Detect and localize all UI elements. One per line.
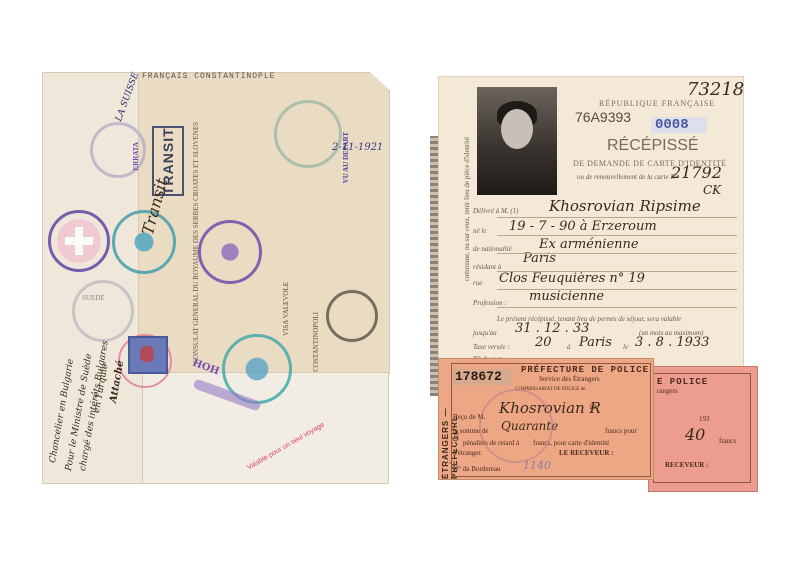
tax-value: 20 [535,335,552,350]
field-label-street: rue [473,279,482,287]
penalty-value: 5 [453,433,459,444]
field-value-profession: musicienne [529,289,604,304]
initials: CK [703,183,721,197]
folded-travel-document: FRANÇAIS CONSTANTINOPLE TRANSIT CONSULAT… [42,72,388,484]
stub-year: 193 [699,415,710,423]
dark-round-stamp [326,290,378,342]
depart-stamp: VU AU DEPART [342,132,350,183]
date-value: 3 . 8 . 1933 [635,335,709,350]
stub-title: E POLICE [657,377,708,387]
prefecture-title: PRÉFECTURE DE POLICE [521,365,649,375]
rule [497,217,737,218]
tax-label: Taxe versée : [473,343,510,351]
card-number: 21792 [671,163,722,182]
swiss-cross-stamp [48,210,110,272]
receipt-number: 178672 [453,369,513,385]
rule [497,253,737,254]
field-label-delivered: Délivré à M. (1) [473,207,518,215]
recepisse-sheet: commune, ou sur ceux, tenir lieu de pièc… [438,76,744,368]
field-label-residence: résidant à [473,263,501,271]
year-label: 19 [589,403,596,411]
errata-stamp: ERRATA [132,142,140,171]
constantinople-stamp: COSTANTINOPOLI [312,312,320,372]
handwritten-line: Attaché [108,360,126,404]
handwritten-signature-block: Chancelier en Bulgarie Pour le Ministre … [46,292,136,472]
rule [497,307,737,308]
francs-pour: francs pour [605,427,637,435]
foreigner-label: d'étranger. [453,449,482,457]
consulate-stamp-text: CONSULAT GENERAL DU ROYAUME DES SERBES C… [192,122,200,364]
prefecture-round-stamp [479,389,553,463]
visa-stamp: VISA VALEVOLE [282,282,290,336]
stub-receiver: RECEVEUR : [665,461,708,469]
document-title: RÉCÉPISSÉ [607,137,699,155]
side-note: commune, ou sur ceux, tenir lieu de pièc… [463,137,471,281]
republic-label: RÉPUBLIQUE FRANÇAISE [599,99,715,108]
field-label-nationality: de nationalité [473,245,512,253]
green-seal-stamp [274,100,342,168]
prefecture-service: Service des Étrangers [539,375,600,383]
field-label-born: né le [473,227,486,235]
identity-card-receipt: commune, ou sur ceux, tenir lieu de pièc… [438,76,756,488]
depart-date: 2-11-1921 [332,142,383,153]
rule [497,271,737,272]
purple-consular-stamp [198,220,262,284]
stub-francs: francs [719,437,736,445]
date-label: le [623,343,628,351]
field-value-delivered: Khosrovian Ripsime [549,197,701,215]
field-value-street: Clos Feuquières n° 19 [499,271,645,286]
id-photo [477,87,557,195]
field-label-profession: Profession : [473,299,507,307]
suede-stamp-label: SUEDE [82,294,105,302]
blue-number: 0008 [651,117,707,133]
serial-top: 73218 [687,79,744,100]
photo-face [501,109,533,149]
valid-until-value: 31 . 12 . 33 [515,321,589,336]
stub-amount: 40 [685,425,705,444]
prefecture-receipt: ÉTRANGERS — PRÉFECTURE N° 178672 PRÉFECT… [438,358,654,480]
prefecture-stub: E POLICE rangers 193 40 francs RECEVEUR … [648,366,758,492]
header-strip: FRANÇAIS CONSTANTINOPLE [142,72,382,84]
bordereau-label: N° du Bordereau [453,465,501,473]
stub-service: rangers [657,387,678,395]
valid-until-label: jusqu'au [473,329,497,337]
rule [497,235,737,236]
receiver-label: LE RECEVEUR : [559,449,613,457]
place-label: à [567,343,571,351]
doc-number: 76A9393 [575,109,631,125]
renewal-label: ou de renouvellement de la carte N° [577,173,678,181]
place-value: Paris [579,335,612,350]
field-value-nationality: Ex arménienne [539,237,639,252]
field-value-born: 19 - 7 - 90 à Erzeroum [509,219,657,234]
rule [497,289,737,290]
